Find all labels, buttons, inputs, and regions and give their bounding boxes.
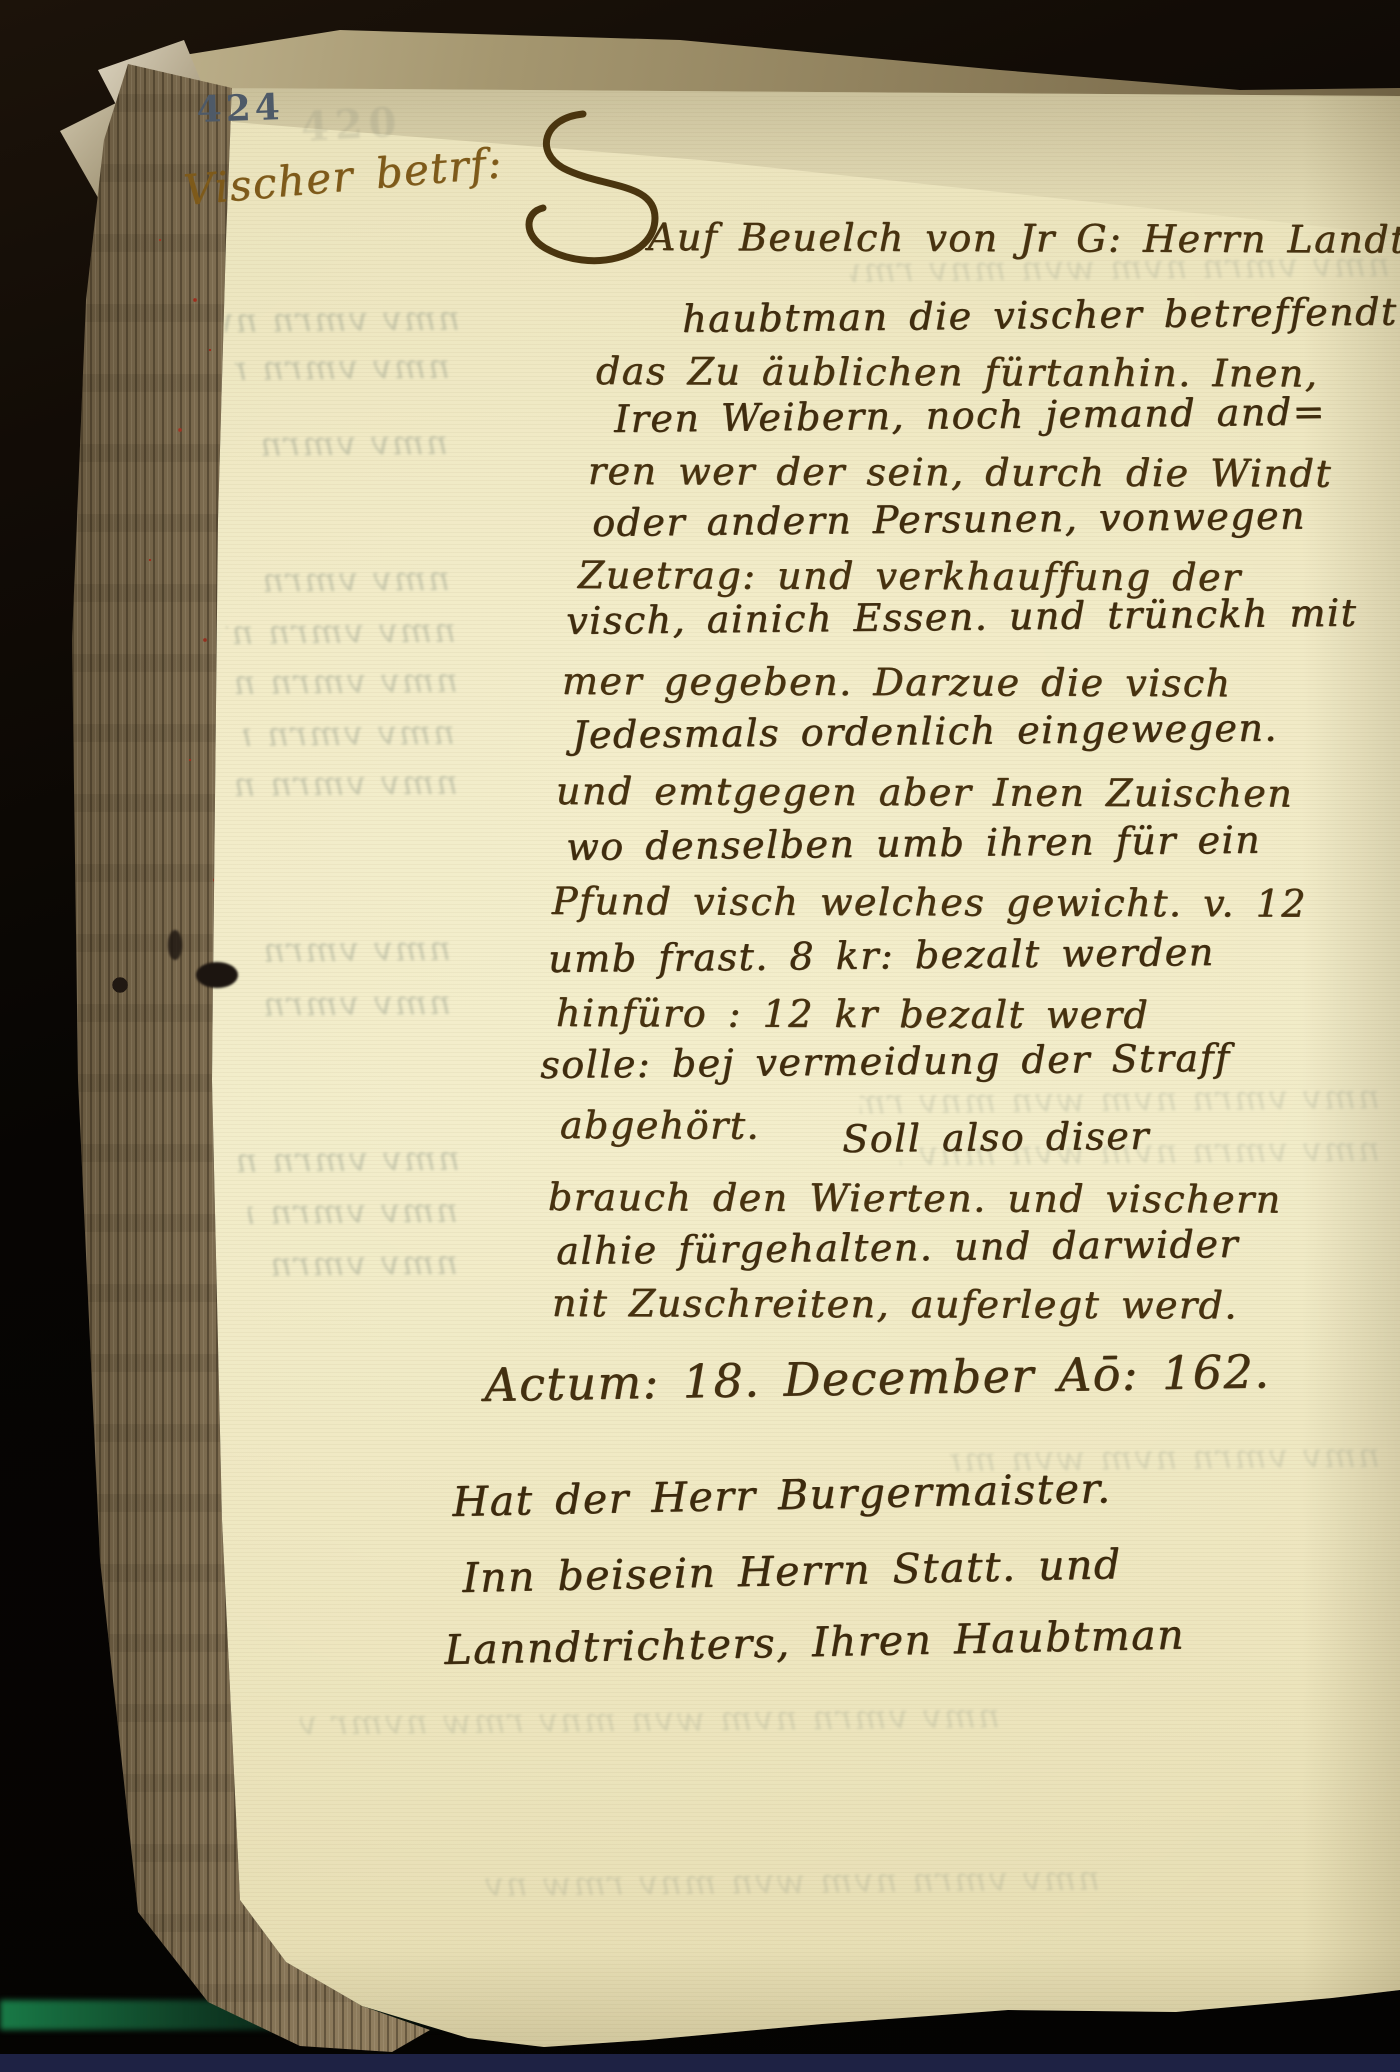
body-line: alhie fürgehalten. und darwider [556,1225,1239,1270]
body-line: hinfüro : 12 kr bezalt werd [556,994,1149,1034]
body-line: Iren Weibern, noch jemand and= [614,393,1326,438]
body-line: und emtgegen aber Inen Zuischen [556,772,1293,813]
bleedthrough-line: nmv vmrn nvm wvn mnv rmw nvmr vnm mwv nm… [256,983,451,1025]
body-line: wo denselben umb ihren für ein [566,821,1261,866]
body-line: Soll also diser [842,1117,1150,1158]
body-line: nit Zuschreiten, auferlegt werd. [552,1284,1238,1324]
bleedthrough-line: nmv vmrn nvm wvn mnv rmw nvmr vnm mwv nm… [230,763,458,805]
body-line: mer gegeben. Darzue die visch [562,662,1232,702]
ink-blot [168,930,182,960]
bleedthrough-line: nmv vmrn nvm wvn mnv rmw nvmr vnm mwv nm… [243,713,455,755]
bleedthrough-line: nmv vmrn nvm wvn mnv rmw nvmr vnm mwv nm… [236,661,458,703]
body-line: das Zu äublichen fürtanhin. Inen, [596,352,1319,393]
bleedthrough-line: nmv vmrn nvm wvn mnv rmw nvmr vnm mwv nm… [300,1696,1000,1743]
body-line: brauch den Wierten. und vischern [548,1178,1282,1219]
body-line: solle: bej vermeidung der Straff [540,1039,1231,1084]
body-line: oder andern Persunen, vonwegen [592,497,1306,542]
body-line: Jedesmals ordenlich eingewegen. [572,709,1278,754]
body-line: Pfund visch welches gewicht. v. 12 [552,882,1307,923]
folio-number-bleedthrough: 420 [300,103,403,148]
photo-of-manuscript: nmv vmrn nvm wvn mnv rmw nvmr vnm mwv nm… [0,0,1400,2072]
bleedthrough-line: nmv vmrn nvm wvn mnv rmw nvmr vnm mwv nm… [480,1859,1100,1905]
bleedthrough-line: nmv vmrn nvm wvn mnv rmw nvmr vnm mwv nm… [235,347,450,389]
bleedthrough-line: nmv vmrn nvm wvn mnv rmw nvmr vnm mwv nm… [226,611,456,653]
body-line: abgehört. [560,1106,760,1145]
bleedthrough-line: nmv vmrn nvm wvn mnv rmw nvmr vnm mwv nm… [248,423,448,465]
folio-number: 424 [196,89,284,128]
date-line: Actum: 18. December Aō: 162. [484,1348,1271,1408]
table-edge-strip [0,2054,1400,2072]
bleedthrough-line: nmv vmrn nvm wvn mnv rmw nvmr vnm mwv nm… [248,1191,458,1233]
bleedthrough-line: nmv vmrn nvm wvn mnv rmw nvmr vnm mwv nm… [260,1243,458,1285]
ink-blot [196,962,238,988]
bleedthrough-line: nmv vmrn nvm wvn mnv rmw nvmr vnm mwv nm… [238,1139,460,1181]
bleedthrough-line: nmv vmrn nvm wvn mnv rmw nvmr vnm mwv nm… [225,299,460,341]
opening-flourish [505,108,675,288]
bleedthrough-line: nmv vmrn nvm wvn mnv rmw nvmr vnm mwv nm… [255,559,450,601]
body-line: umb frast. 8 kr: bezalt werden [548,933,1215,978]
body-line: ren wer der sein, durch die Windt [588,452,1332,493]
body-line: visch, ainich Essen. und trünckh mit [566,594,1358,640]
body-line: Zuetrag: und verkhauffung der [578,556,1242,596]
bleedthrough-line: nmv vmrn nvm wvn mnv rmw nvmr vnm mwv nm… [246,929,451,971]
body-line: haubtman die vischer betreffendt [682,293,1398,338]
body-line: Auf Beuelch von Jr G: Herrn Landt= [648,218,1400,259]
